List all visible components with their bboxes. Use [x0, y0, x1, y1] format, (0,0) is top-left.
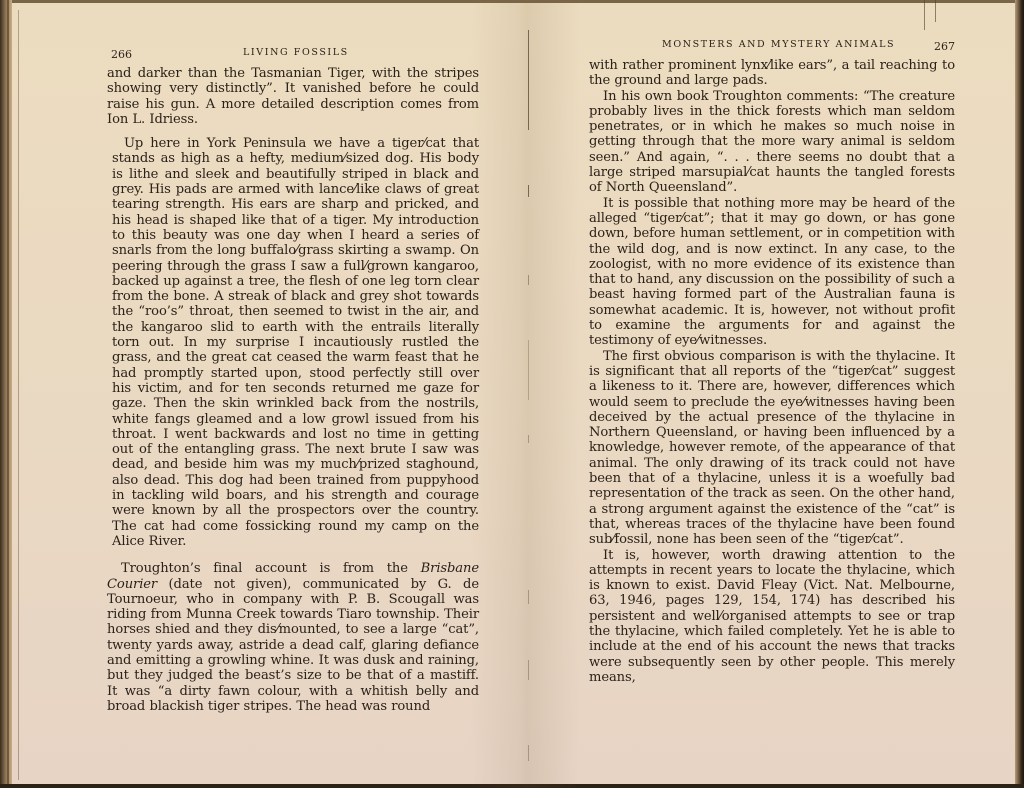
- right-running-head: MONSTERS AND MYSTERY ANIMALS 267: [589, 38, 955, 54]
- paragraph: In his own book Troughton comments: “The…: [589, 89, 955, 196]
- left-running-head: 266 LIVING FOSSILS: [107, 46, 479, 62]
- gutter-fold-mark: [528, 340, 529, 400]
- book-gutter: [470, 0, 580, 788]
- gutter-fold-mark: [528, 30, 529, 130]
- block-quote: Up here in York Peninsula we have a tige…: [107, 136, 479, 549]
- gutter-fold-mark: [528, 275, 529, 285]
- gutter-fold-mark: [528, 745, 529, 761]
- gutter-fold-mark: [528, 660, 529, 680]
- book-spread: 266 LIVING FOSSILS and darker than the T…: [0, 0, 1024, 788]
- paragraph: and darker than the Tasmanian Tiger, wit…: [107, 66, 479, 127]
- gutter-fold-mark: [528, 590, 529, 604]
- text-run: (date not given), communicated by G. de …: [107, 577, 479, 714]
- page-number: 266: [111, 48, 132, 61]
- left-page-edge: [0, 0, 12, 788]
- paragraph: with rather prominent lynx⁄like ears”, a…: [589, 58, 955, 89]
- right-page-edge: [1015, 0, 1024, 788]
- quoted-paragraph: Up here in York Peninsula we have a tige…: [112, 136, 479, 549]
- paragraph: Troughton’s final account is from the Br…: [107, 561, 479, 714]
- right-page: MONSTERS AND MYSTERY ANIMALS 267 with ra…: [589, 38, 955, 685]
- page-crease-mark: [924, 0, 925, 30]
- running-head-title: LIVING FOSSILS: [243, 47, 349, 58]
- page-crease-mark: [935, 0, 936, 22]
- paragraph: It is possible that nothing more may be …: [589, 196, 955, 349]
- left-page: 266 LIVING FOSSILS and darker than the T…: [107, 46, 479, 714]
- left-page-fore-edge-line: [7, 0, 9, 788]
- running-head-title: MONSTERS AND MYSTERY ANIMALS: [662, 39, 895, 50]
- text-run: Troughton’s final account is from the: [121, 561, 421, 576]
- gutter-fold-mark: [528, 185, 529, 197]
- gutter-fold-mark: [528, 435, 529, 443]
- left-page-edge-line: [18, 10, 19, 780]
- page-number: 267: [934, 40, 955, 53]
- paragraph: It is, however, worth drawing attention …: [589, 548, 955, 686]
- paragraph: The first obvious comparison is with the…: [589, 349, 955, 548]
